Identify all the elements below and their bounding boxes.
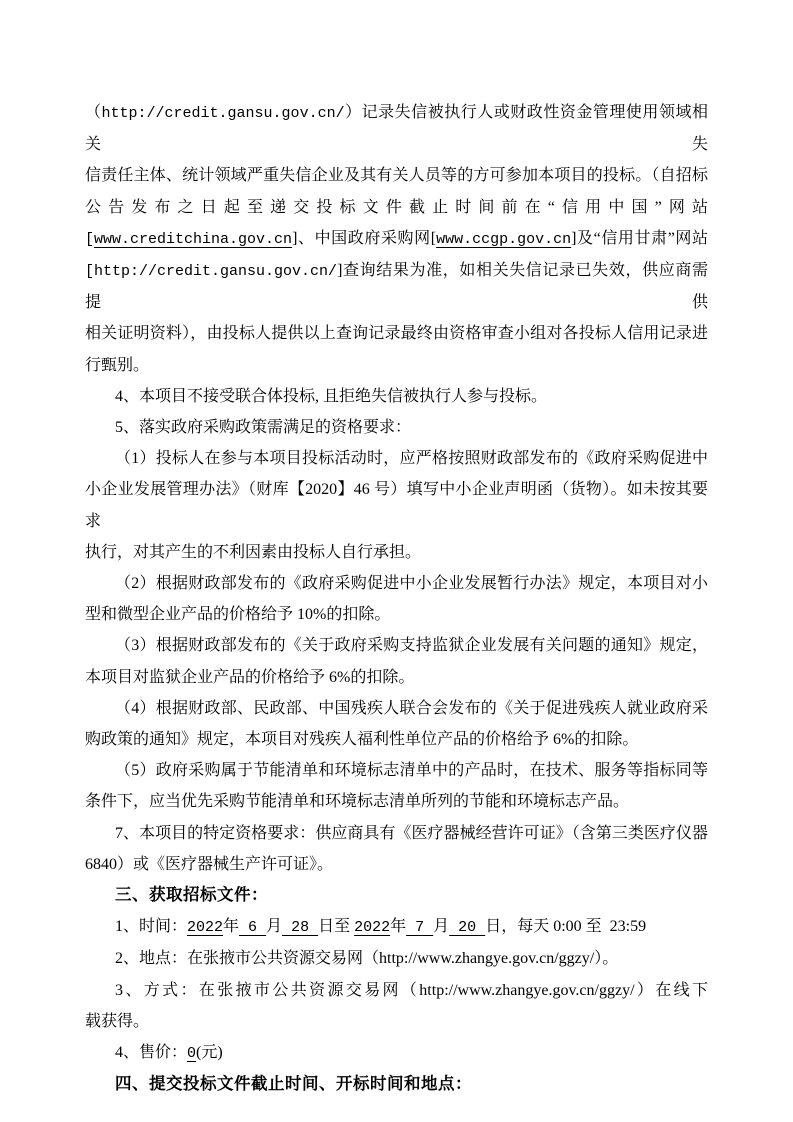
sub-item-4-disabled-welfare-deduction: （4）根据财政部、民政部、中国残疾人联合会发布的《关于促进残疾人就业政府采购政策… <box>85 693 708 755</box>
text-line: 执行，对其产生的不利因素由投标人自行承担。 <box>85 537 708 568</box>
text-line: [www.creditchina.gov.cn]、中国政府采购网[www.ccg… <box>85 223 708 255</box>
text-line: （4）根据财政部、民政部、中国残疾人联合会发布的《关于促进残疾人就业政府采 <box>85 693 708 724</box>
url-text: http://credit.gansu.gov.cn/ <box>102 105 345 122</box>
text-run: 7、本项目的特定资格要求：供应商具有《医疗器械经营许可证》（含第三类医疗仪器 <box>115 825 708 842</box>
text-line: 行甄别。 <box>85 350 708 381</box>
text-line: 7、本项目的特定资格要求：供应商具有《医疗器械经营许可证》（含第三类医疗仪器 <box>85 818 708 849</box>
text-run: （3）根据财政部发布的《关于政府采购支持监狱企业发展有关问题的通知》规定， <box>115 637 708 654</box>
underlined-value: 0 <box>187 1045 196 1062</box>
underlined-value: 20 <box>449 919 485 936</box>
text-line: （1）投标人在参与本项目投标活动时，应严格按照财政部发布的《政府采购促进中 <box>85 443 708 474</box>
text-line: （3）根据财政部发布的《关于政府采购支持监狱企业发展有关问题的通知》规定， <box>85 630 708 661</box>
document-page: （http://credit.gansu.gov.cn/）记录失信被执行人或财政… <box>0 0 793 1122</box>
heading-4-submission-deadline: 四、提交投标文件截止时间、开标时间和地点： <box>85 1069 708 1100</box>
text-run: 5、落实政府采购政策需满足的资格要求： <box>115 419 411 436</box>
text-run: 载获得。 <box>85 1013 149 1030</box>
text-run: 行甄别。 <box>85 357 149 374</box>
text-line: 载获得。 <box>85 1006 708 1037</box>
text-run: 三、获取招标文件： <box>115 886 268 904</box>
text-line: 型和微型企业产品的价格给予 10%的扣除。 <box>85 599 708 630</box>
text-run: 条件下，应当优先采购节能清单和环境标志清单所列的节能和环境标志产品。 <box>85 793 629 810</box>
text-run: 6840）或《医疗器械生产许可证》。 <box>85 856 333 873</box>
text-line: （http://credit.gansu.gov.cn/）记录失信被执行人或财政… <box>85 97 708 160</box>
sub-item-3-prison-enterprise-deduction: （3）根据财政部发布的《关于政府采购支持监狱企业发展有关问题的通知》规定，本项目… <box>85 630 708 692</box>
text-run: 3、方式：在张掖市公共资源交易网（http://www.zhangye.gov.… <box>115 982 708 999</box>
sub-item-1-sme-declaration: （1）投标人在参与本项目投标活动时，应严格按照财政部发布的《政府采购促进中小企业… <box>85 443 708 568</box>
text-line: （2）根据财政部发布的《政府采购促进中小企业发展暂行办法》规定，本项目对小 <box>85 568 708 599</box>
text-line: 2、地点：在张掖市公共资源交易网（http://www.zhangye.gov.… <box>85 943 708 974</box>
text-run: 购政策的通知》规定，本项目对残疾人福利性单位产品的价格给予 6%的扣除。 <box>85 731 638 748</box>
text-run: 公告发布之日起至递交投标文件截止时间前在“信用中国”网站 <box>85 199 708 216</box>
text-run: ]及“信用甘肃”网站 <box>571 230 708 247</box>
text-run: 4、本项目不接受联合体投标, 且拒绝失信被执行人参与投标。 <box>115 388 547 405</box>
text-run: (元) <box>196 1044 223 1061</box>
text-run: 四、提交投标文件截止时间、开标时间和地点： <box>115 1075 472 1093</box>
url-text: [ <box>85 231 94 248</box>
text-run: 相关证明资料），由投标人提供以上查询记录最终由资格审查小组对各投标人信用记录进 <box>85 325 708 342</box>
text-run: （2）根据财政部发布的《政府采购促进中小企业发展暂行办法》规定，本项目对小 <box>115 575 708 592</box>
heading-3-obtain-tender-documents: 三、获取招标文件： <box>85 880 708 911</box>
url-text: [ <box>85 263 94 280</box>
sub-item-2-sme-price-deduction: （2）根据财政部发布的《政府采购促进中小企业发展暂行办法》规定，本项目对小型和微… <box>85 568 708 630</box>
text-run: 月 <box>433 918 449 935</box>
item-document-price: 4、售价：0(元) <box>85 1037 708 1069</box>
text-line: 购政策的通知》规定，本项目对残疾人福利性单位产品的价格给予 6%的扣除。 <box>85 724 708 755</box>
url-text: http://credit.gansu.gov.cn/ <box>94 263 337 280</box>
text-run: 年 <box>390 918 406 935</box>
text-line: 本项目对监狱企业产品的价格给予 6%的扣除。 <box>85 662 708 693</box>
text-run: 小企业发展管理办法》（财库【2020】46 号）填写中小企业声明函（货物）。如未… <box>85 481 708 529</box>
text-run: （4）根据财政部、民政部、中国残疾人联合会发布的《关于促进残疾人就业政府采 <box>115 700 708 717</box>
text-line: （5）政府采购属于节能清单和环境标志清单中的产品时，在技术、服务等指标同等 <box>85 755 708 786</box>
item-obtain-location: 2、地点：在张掖市公共资源交易网（http://www.zhangye.gov.… <box>85 943 708 974</box>
text-line: 公告发布之日起至递交投标文件截止时间前在“信用中国”网站 <box>85 192 708 223</box>
item-4-no-consortium: 4、本项目不接受联合体投标, 且拒绝失信被执行人参与投标。 <box>85 381 708 412</box>
underlined-value: 2022 <box>187 919 223 936</box>
text-line: 5、落实政府采购政策需满足的资格要求： <box>85 412 708 443</box>
text-run: （1）投标人在参与本项目投标活动时，应严格按照财政部发布的《政府采购促进中 <box>115 450 708 467</box>
text-line: 3、方式：在张掖市公共资源交易网（http://www.zhangye.gov.… <box>85 975 708 1006</box>
underlined-value: 6 <box>239 919 266 936</box>
underlined-value: 28 <box>282 919 318 936</box>
text-run: （5）政府采购属于节能清单和环境标志清单中的产品时，在技术、服务等指标同等 <box>115 762 708 779</box>
item-obtain-time: 1、时间：2022年 6 月 28 日至 2022年 7 月 20 日，每天 0… <box>85 911 708 943</box>
item-5-policy-requirements: 5、落实政府采购政策需满足的资格要求： <box>85 412 708 443</box>
underlined-value: www.creditchina.gov.cn <box>94 231 292 248</box>
text-run: 本项目对监狱企业产品的价格给予 6%的扣除。 <box>85 669 414 686</box>
underlined-value: www.ccgp.gov.cn <box>436 231 571 248</box>
text-run: 2、地点：在张掖市公共资源交易网（http://www.zhangye.gov.… <box>115 950 618 967</box>
text-run: 日至 <box>318 918 354 935</box>
text-line: 三、获取招标文件： <box>85 880 708 911</box>
text-line: [http://credit.gansu.gov.cn/]查询结果为准，如相关失… <box>85 255 708 318</box>
text-run: 4、售价： <box>115 1044 187 1061</box>
item-obtain-method: 3、方式：在张掖市公共资源交易网（http://www.zhangye.gov.… <box>85 975 708 1037</box>
text-run: （ <box>85 104 102 121</box>
text-line: 条件下，应当优先采购节能清单和环境标志清单所列的节能和环境标志产品。 <box>85 786 708 817</box>
item-7-specific-qualification: 7、本项目的特定资格要求：供应商具有《医疗器械经营许可证》（含第三类医疗仪器68… <box>85 818 708 880</box>
underlined-value: 2022 <box>354 919 390 936</box>
text-line: 4、本项目不接受联合体投标, 且拒绝失信被执行人参与投标。 <box>85 381 708 412</box>
text-line: 4、售价：0(元) <box>85 1037 708 1069</box>
text-run: 日，每天 0:00 至 23:59 <box>485 918 646 935</box>
text-line: 1、时间：2022年 6 月 28 日至 2022年 7 月 20 日，每天 0… <box>85 911 708 943</box>
text-run: 信责任主体、统计领域严重失信企业及其有关人员等的方可参加本项目的投标。（自招标 <box>85 167 708 184</box>
text-run: 型和微型企业产品的价格给予 10%的扣除。 <box>85 606 390 623</box>
text-run: 月 <box>266 918 282 935</box>
text-run: ]、中国政府采购网[ <box>292 230 436 247</box>
text-line: 相关证明资料），由投标人提供以上查询记录最终由资格审查小组对各投标人信用记录进 <box>85 318 708 349</box>
text-run: 执行，对其产生的不利因素由投标人自行承担。 <box>85 544 421 561</box>
document-content: （http://credit.gansu.gov.cn/）记录失信被执行人或财政… <box>85 97 708 1101</box>
sub-item-5-energy-saving-priority: （5）政府采购属于节能清单和环境标志清单中的产品时，在技术、服务等指标同等条件下… <box>85 755 708 817</box>
text-run: 年 <box>223 918 239 935</box>
underlined-value: 7 <box>406 919 433 936</box>
para-credit-record-check: （http://credit.gansu.gov.cn/）记录失信被执行人或财政… <box>85 97 708 381</box>
text-run: 1、时间： <box>115 918 187 935</box>
text-line: 四、提交投标文件截止时间、开标时间和地点： <box>85 1069 708 1100</box>
text-line: 信责任主体、统计领域严重失信企业及其有关人员等的方可参加本项目的投标。（自招标 <box>85 160 708 191</box>
text-line: 小企业发展管理办法》（财库【2020】46 号）填写中小企业声明函（货物）。如未… <box>85 474 708 536</box>
text-line: 6840）或《医疗器械生产许可证》。 <box>85 849 708 880</box>
